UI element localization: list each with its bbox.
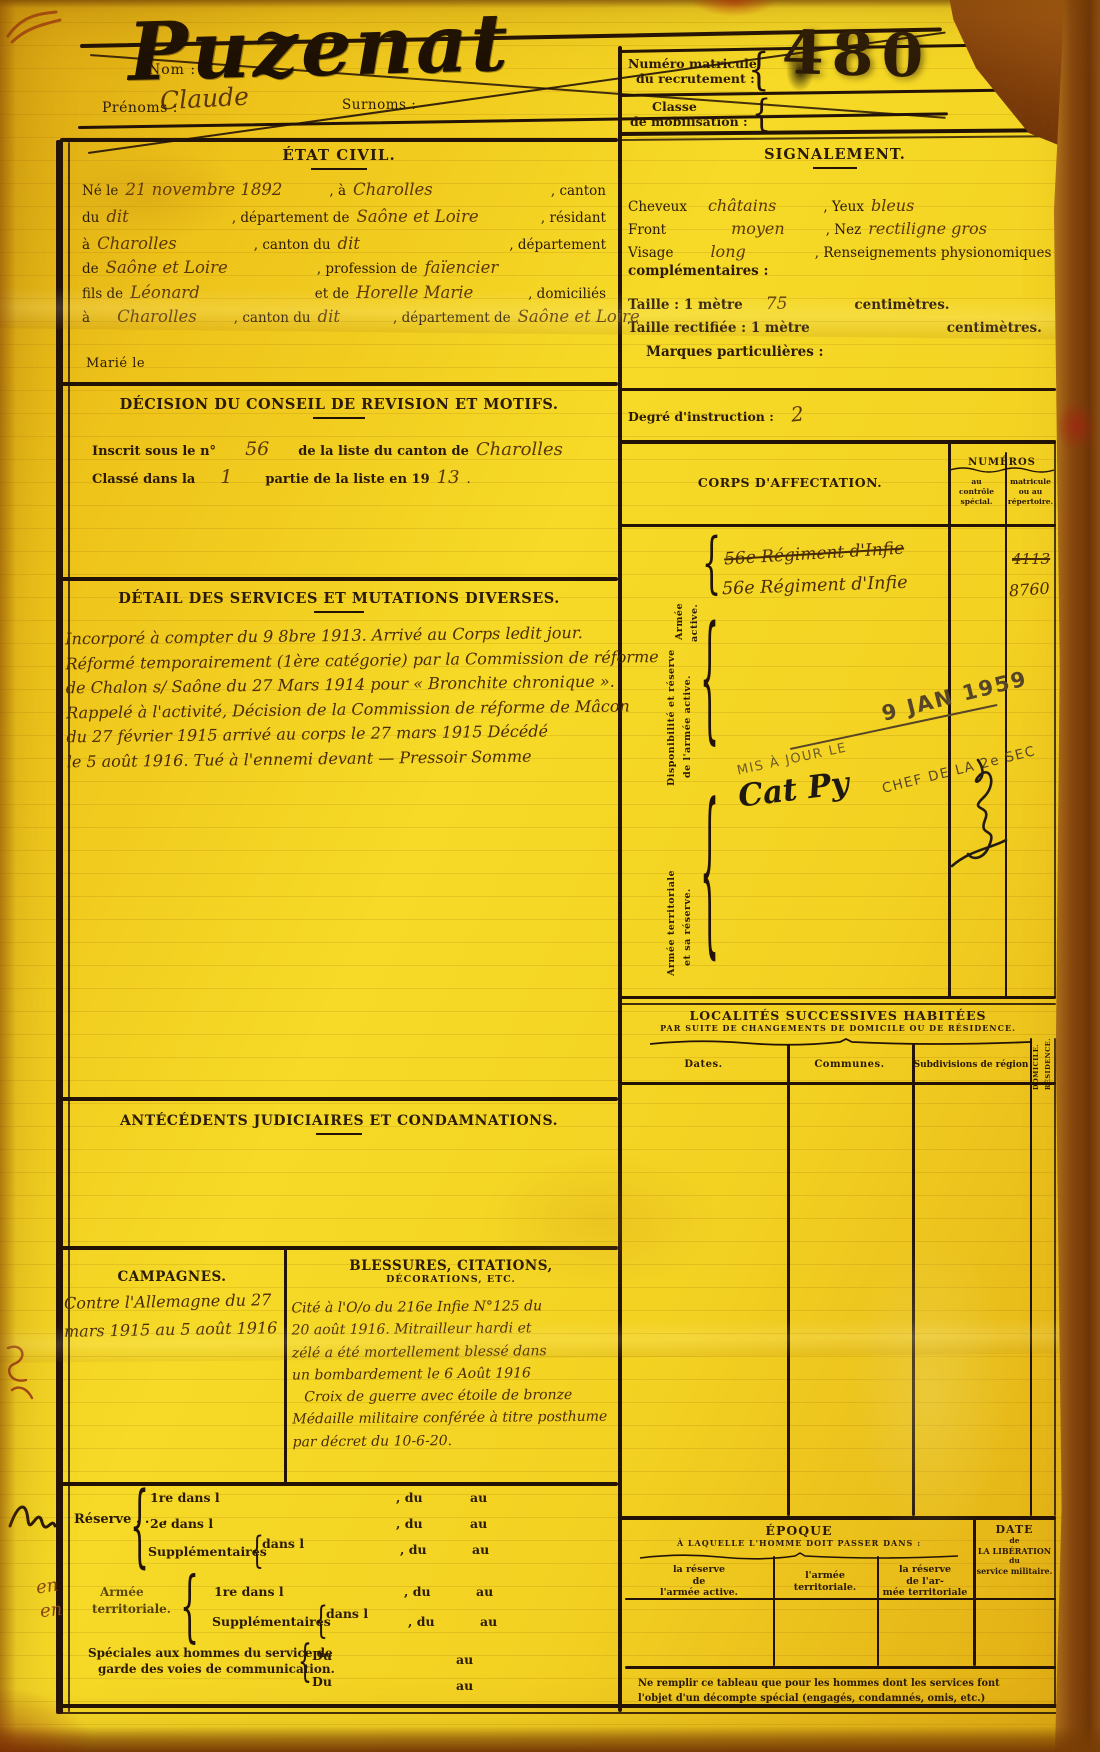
antecedents-title: ANTÉCÉDENTS JUDICIAIRES ET CONDAMNATIONS… [120,1113,558,1129]
label: au [948,477,1005,487]
degre-top-line [620,388,1056,391]
etat-civil-top-line [60,138,618,142]
localites-col-line [1030,1038,1032,1516]
du-label: , du [396,1516,423,1531]
epoque-col1-header: la réserve de l'armée active. [625,1564,773,1599]
stain [850,1230,1010,1550]
marie-le-label: Marié le [86,356,145,371]
epoque-col-line [877,1556,879,1666]
armee-territoriale-label-2: territoriale. [92,1602,171,1616]
blessures-line: Médaille militaire conférée à titre post… [292,1406,622,1431]
corps-title: CORPS D'AFFECTATION. [698,475,882,490]
blessures-line: Croix de guerre avec étoile de bronze [292,1384,622,1409]
label: matricule [1005,477,1056,487]
epoque-col2-header: l'armée territoriale. [773,1570,877,1593]
label: mée territoriale [877,1587,973,1599]
surnoms-label: Surnoms : [342,97,416,113]
label: , Nez [826,222,862,238]
label: , canton du [254,237,331,253]
footnote-line: Ne remplir ce tableau que pour les homme… [638,1676,1052,1691]
decision-line: Inscrit sous le n° 56 de la liste du can… [92,438,563,460]
hand-value: dit [338,234,360,253]
localites-col-line [787,1044,790,1516]
decision-title: DÉCISION DU CONSEIL DE REVISION ET MOTIF… [120,396,559,413]
label: DATE [973,1524,1056,1536]
label: , résidant [541,210,606,226]
blessures-handwriting: Cité à l'O/o du 216e Infie N°125 du 20 a… [291,1295,622,1454]
periode-row-label: 2e dans l [150,1516,213,1531]
antecedents-title-underline [316,1133,362,1135]
top-edge-blotch [692,0,776,16]
territoriale-brace: { [180,1570,199,1648]
matricule-label-2: du recrutement : [636,71,755,86]
left-border [56,140,63,1714]
au-label: au [456,1652,473,1667]
dans-l-label: dans l [326,1606,368,1621]
matricule-number: 4113 [1012,550,1050,568]
label: , profession de [317,261,418,277]
degre-label: Degré d'instruction : [628,409,774,424]
label: l'armée [773,1570,877,1582]
armee-territoriale-label: Armée [100,1585,144,1599]
label: de [82,261,99,277]
blessures-line: par décret du 10-6-20. [292,1428,622,1453]
du-label: , du [408,1614,435,1629]
epoque-col-line [773,1556,775,1666]
label: service militaire. [973,1566,1056,1576]
signalement-title-underline [813,167,857,169]
degre-value: 2 [790,401,805,426]
left-edge [0,0,16,1752]
au-label: au [456,1678,473,1693]
signalement-line: Cheveux châtains , Yeux bleus [628,196,1048,215]
au-label: au [470,1516,487,1531]
label: territoriale. [773,1582,877,1594]
matricule-number: 8760 [1008,579,1050,601]
antecedents-title-wrap: ANTÉCÉDENTS JUDICIAIRES ET CONDAMNATIONS… [60,1112,618,1135]
localites-title: LOCALITÉS SUCCESSIVES HABITÉES [620,1008,1056,1023]
hand-value: Charolles [476,439,563,460]
prenoms-label: Prénoms : [102,100,178,116]
armee-active-brace: { [702,532,721,598]
localites-wave [650,1038,1030,1047]
reserve-brace: { [130,1484,149,1574]
epoque-right-edge [1054,1516,1056,1706]
label: Subdivisions de région [914,1060,1029,1070]
periode-row-label: 1re dans l [150,1490,220,1505]
matricule-number-stamp: 480 [781,18,932,92]
stamp-date: 9 JAN 1959 [879,666,1030,725]
label: l'armée active. [625,1587,773,1599]
label: contrôle [948,487,1005,497]
etat-civil-line: de Saône et Loire , profession de faïenc… [82,258,606,277]
label: , à [329,183,346,199]
campagnes-title: CAMPAGNES. [118,1269,227,1285]
du-label: Du [312,1674,332,1689]
decision-line: Classé dans la 1 partie de la liste en 1… [92,466,471,488]
label: la réserve [877,1564,973,1576]
epoque-footnote: Ne remplir ce tableau que pour les homme… [638,1676,1052,1706]
decision-top-line [60,382,618,386]
corps-bottom-line-2 [620,1003,1056,1005]
marques-label: Marques particulières : [646,344,823,360]
signalement-top-line-2 [618,135,1050,140]
label: la réserve [625,1564,773,1576]
campagnes-line: Contre l'Allemagne du 27 [64,1290,272,1313]
label: . [467,472,471,487]
supplementaires-label: Supplémentaires [148,1544,267,1559]
epoque-header-underline [625,1598,1056,1600]
corps-header-underline [620,524,1056,527]
margin-hand-note: en [39,1599,63,1622]
periode-row-label: 1re dans l [214,1584,284,1599]
signalement-top-line [618,128,1050,135]
du-label: , du [404,1584,431,1599]
hand-value: Saône et Loire [356,207,478,226]
etat-civil-title-underline [311,168,367,170]
corps-top-line [620,440,1056,444]
localites-right-edge [1054,1038,1056,1516]
decision-title-underline [313,417,365,419]
au-label: au [480,1614,497,1629]
binding-red-mark [1056,400,1096,452]
label: , département [509,237,606,253]
du-label: , du [396,1490,423,1505]
degre-line: Degré d'instruction : 2 [628,402,804,426]
corps-bottom-line [620,996,1056,999]
stain [60,150,250,240]
register-page: Puzenat Nom : Claude Prénoms : Surnoms :… [0,0,1100,1752]
classe-label-2: de mobilisation : [630,114,748,129]
au-label: au [476,1584,493,1599]
signalement-line: Visage long , Renseignements physionomiq… [628,242,1048,261]
hand-value: 13 [437,467,460,488]
signalement-line: Front moyen , Nez rectiligne gros [628,219,1048,238]
top-edge [0,0,1100,8]
territoriale-label: Armée territoriale [666,798,677,976]
decision-title-wrap: DÉCISION DU CONSEIL DE REVISION ET MOTIF… [60,396,618,419]
label: de [625,1576,773,1588]
label: Classé dans la [92,472,195,487]
label: à [82,237,90,253]
campagnes-title-wrap: CAMPAGNES. [60,1268,284,1286]
label: Cheveux [628,199,687,215]
blessures-line: un bombardement le 6 Août 1916 [292,1361,622,1386]
hand-value: Saône et Loire [106,258,228,277]
du-label: , du [400,1542,427,1557]
margin-hand-note: en [35,1575,60,1599]
bottom-left-corner-shadow [0,1690,90,1752]
label: Dates. [684,1059,722,1070]
localites-title-wrap: LOCALITÉS SUCCESSIVES HABITÉES PAR SUITE… [620,1008,1056,1033]
signature [938,752,1010,872]
supplementaires-label: Supplémentaires [212,1614,331,1629]
epoque-date-col-line [973,1516,976,1666]
label: ou au [1005,487,1056,497]
corps-col-line [948,440,951,998]
services-title: DÉTAIL DES SERVICES ET MUTATIONS DIVERSE… [118,590,560,607]
corps-title-wrap: CORPS D'AFFECTATION. [640,474,940,492]
epoque-top-line [620,1516,1056,1520]
classe-label: Classe [652,99,697,114]
matricule-col-header: matricule ou au répertoire. [1005,477,1056,507]
corps-entry: 56e Régiment d'Infie [724,539,905,570]
complementaires-label: complémentaires : [628,263,768,279]
label: , canton [551,183,606,199]
corps-right-edge [1054,440,1056,998]
epoque-col3-header: la réserve de l'ar- mée territoriale [877,1564,973,1599]
stain [480,1150,720,1290]
signalement-title: SIGNALEMENT. [764,146,906,163]
hand-value: Charolles [353,180,433,199]
hand-value: 1 [220,466,232,488]
epoque-wave [640,1552,958,1561]
controle-col-header: au contrôle spécial. [948,477,1005,507]
speciales-brace: { [298,1642,312,1686]
hand-value: châtains [708,196,776,215]
du-label: Du [312,1648,332,1663]
label: , Renseignements physionomiques [815,245,1052,261]
label: Inscrit sous le n° [92,444,216,459]
left-border-inner [68,142,70,1712]
classe-brace: { [752,96,771,134]
footnote-line: l'objet d'un décompte spécial (engagés, … [638,1691,1052,1706]
au-label: au [472,1542,489,1557]
signalement-title-wrap: SIGNALEMENT. [620,146,1050,169]
hand-value: long [710,242,745,261]
au-label: au [470,1490,487,1505]
label: de l'ar- [877,1576,973,1588]
dans-l-label: dans l [262,1536,304,1551]
disponibilite-label-2: de l'armée active. [682,626,693,778]
services-handwriting: Incorporé à compter du 9 8bre 1913. Arri… [65,621,617,775]
hand-value: faïencier [425,258,499,277]
hand-value: rectiligne gros [868,219,987,238]
corps-entry: 56e Régiment d'Infie [722,573,908,599]
blessures-line: Cité à l'O/o du 216e Infie N°125 du [291,1295,621,1320]
label: de [973,1536,1056,1546]
subdivisions-col-header: Subdivisions de région [912,1054,1030,1072]
label: Visage [628,245,673,261]
bottom-edge [0,1726,1100,1752]
label: partie de la liste en 19 [265,472,429,487]
localites-header-underline [620,1082,1056,1085]
disponibilite-brace: { [700,614,719,752]
hand-value: bleus [871,196,914,215]
hand-value: 56 [245,438,269,460]
services-title-wrap: DÉTAIL DES SERVICES ET MUTATIONS DIVERSE… [60,590,618,613]
label: Front [628,222,666,238]
matricule-label: Numéro matricule [628,56,757,71]
nom-label: Nom : [148,62,196,78]
bottom-border-2 [58,1712,1058,1714]
territoriale-brace-right: { [700,788,719,968]
label: Communes. [814,1059,884,1070]
name-box-bottom-line [78,112,948,129]
speciales-label: Spéciales aux hommes du service de [88,1646,333,1660]
hand-value: moyen [731,219,785,238]
disponibilite-label: Disponibilité et réserve [666,618,677,786]
label: spécial. [948,497,1005,507]
label: répertoire. [1005,497,1056,507]
services-title-underline [314,611,364,613]
label: du [973,1556,1056,1566]
communes-col-header: Communes. [787,1054,912,1072]
antecedents-top-line [60,1097,618,1101]
services-top-line [60,577,618,581]
label: , département de [232,210,350,226]
binding-right [1052,0,1100,1752]
label: LA LIBÉRATION [973,1546,1056,1556]
epoque-row-line [625,1666,1056,1669]
territoriale-label-2: et sa réserve. [682,808,693,966]
label: , Yeux [823,199,864,215]
dates-col-header: Dates. [620,1054,787,1072]
numeros-wave [950,465,1054,473]
localites-subtitle: PAR SUITE DE CHANGEMENTS DE DOMICILE OU … [620,1023,1056,1033]
label: de la liste du canton de [298,444,469,459]
matricule-brace: { [748,48,770,92]
corps-col-line-2 [1005,452,1007,998]
etat-civil-title: ÉTAT CIVIL. [282,146,395,164]
date-liberation-header: DATE de LA LIBÉRATION du service militai… [973,1524,1056,1576]
